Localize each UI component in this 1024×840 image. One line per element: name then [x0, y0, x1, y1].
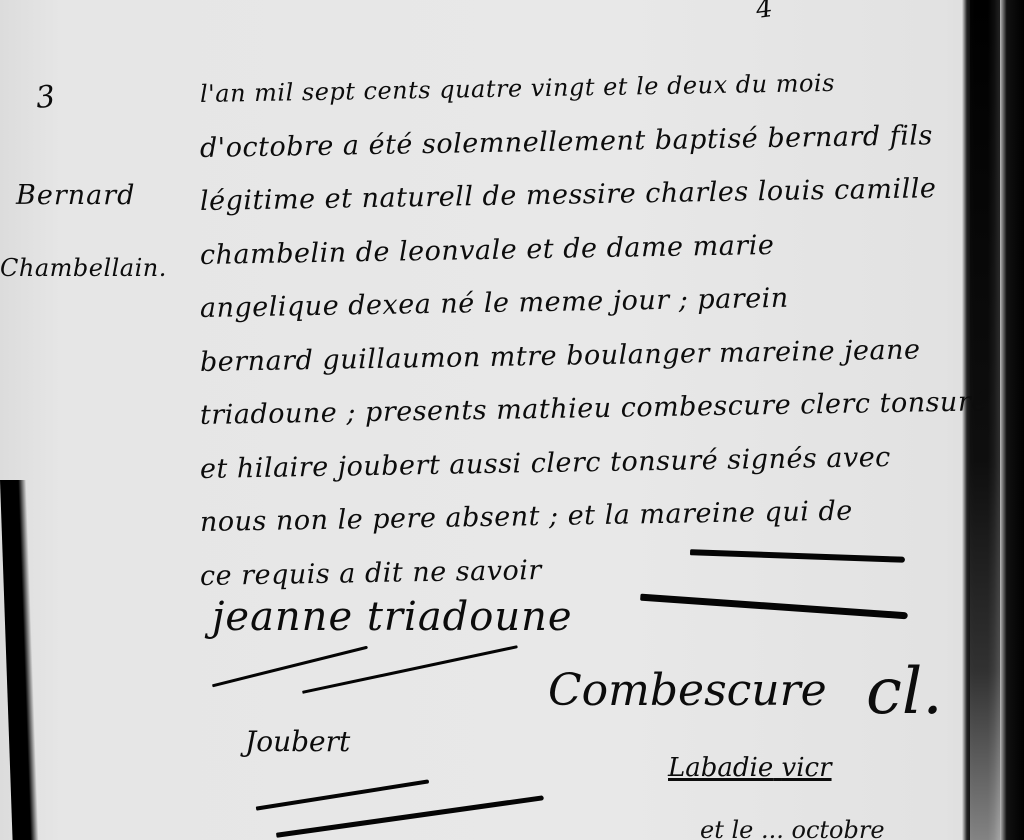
signature-labadie: Labadie vicr: [668, 753, 832, 783]
officiant-title: vicr: [782, 753, 832, 783]
signature-joubert: Joubert: [245, 725, 350, 758]
signature-combescure: Combescure: [548, 665, 827, 716]
register-page: 4 3 Bernard Chambellain. l'an mil sept c…: [0, 0, 1024, 840]
margin-given-name: Bernard: [16, 180, 135, 211]
signature-underline: [276, 795, 544, 838]
signature-mark: cl.: [866, 655, 943, 729]
left-page-edge: [0, 480, 39, 840]
signature-mother-line: jeanne triadoune: [212, 594, 573, 640]
page-number-fragment: 4: [754, 0, 775, 25]
baptism-entry-text: l'an mil sept cents quatre vingt et le d…: [200, 68, 960, 603]
right-binding-gutter: [962, 0, 1024, 840]
next-entry-fragment: et le ... octobre: [700, 816, 885, 840]
signature-underline: [256, 779, 429, 810]
margin-surname: Chambellain.: [0, 254, 167, 282]
flourish-stroke: [302, 645, 518, 694]
margin-entry-number: 3: [34, 79, 57, 116]
officiant-name: Labadie: [668, 753, 773, 783]
binding-fold: [970, 0, 1000, 840]
